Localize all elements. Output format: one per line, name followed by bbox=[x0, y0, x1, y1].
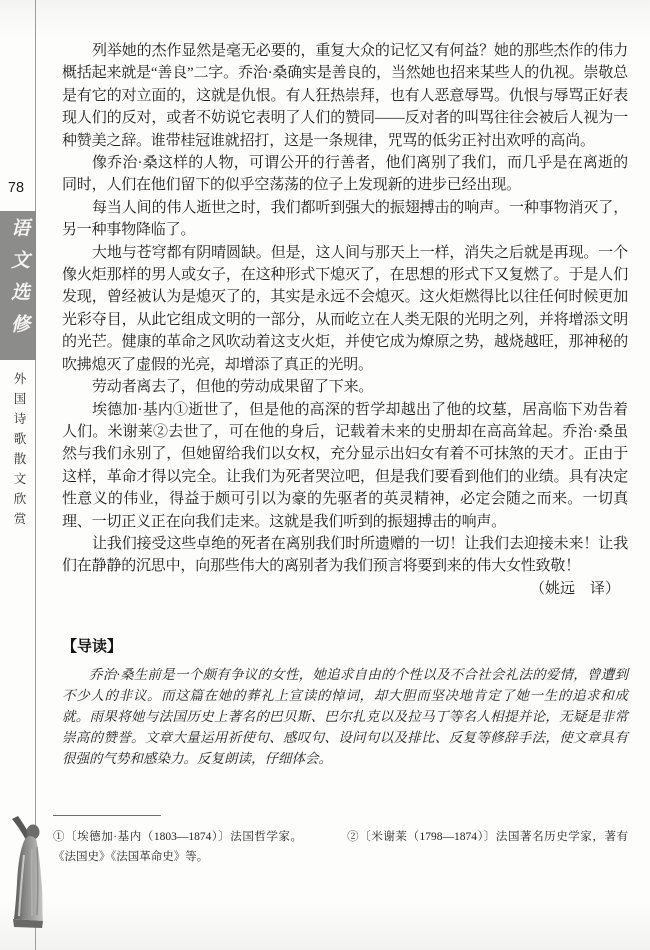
article-paragraph: 像乔治·桑这样的人物，可谓公开的行善者，他们离别了我们，而几乎是在离逝的同时，人… bbox=[62, 152, 628, 197]
page-number: 78 bbox=[0, 180, 32, 196]
article-content: 列举她的杰作显然是毫无必要的，重复大众的记忆又有何益？她的那些杰作的伟力概括起来… bbox=[62, 40, 628, 867]
guide-heading: 【导读】 bbox=[62, 636, 628, 658]
article-paragraph: 每当人间的伟人逝世之时，我们都听到强大的振翅搏击的响声。一种事物消灭了，另一种事… bbox=[62, 197, 628, 242]
statue-illustration-icon bbox=[2, 815, 60, 933]
series-title-vertical: 语文选修 bbox=[0, 218, 36, 346]
footnotes-block: ①〔埃德加·基内（1803—1874）〕法国哲学家。②〔米谢莱（1798—187… bbox=[53, 827, 628, 867]
subseries-title-vertical: 外国诗歌散文欣赏 bbox=[10, 372, 28, 532]
footnote-separator bbox=[53, 815, 161, 816]
statue-body bbox=[14, 836, 43, 921]
article-paragraph: 劳动者离去了，但他的劳动成果留了下来。 bbox=[62, 376, 628, 398]
translator-credit: （姚远 译） bbox=[62, 578, 628, 600]
margin-rule bbox=[35, 0, 36, 950]
article-paragraph: 大地与苍穹都有阴晴圆缺。但是，这人间与那天上一样，消失之后就是再现。一个像火炬那… bbox=[62, 242, 628, 376]
article-paragraph: 让我们接受这些卓绝的死者在离别我们时所遗赠的一切！让我们去迎接未来！让我们在静静… bbox=[62, 533, 628, 578]
series-banner: 语文选修 bbox=[0, 211, 36, 360]
article-paragraph: 埃德加·基内①逝世了，但是他的高深的哲学却越出了他的坟墓，居高临下劝告着人们。米… bbox=[62, 399, 628, 533]
guide-body: 乔治·桑生前是一个颇有争议的女性，她追求自由的个性以及不合社会礼法的爱情，曾遭到… bbox=[62, 664, 628, 769]
article-paragraph: 列举她的杰作显然是毫无必要的，重复大众的记忆又有何益？她的那些杰作的伟力概括起来… bbox=[62, 40, 628, 152]
footnote-1: ①〔埃德加·基内（1803—1874）〕法国哲学家。 bbox=[53, 831, 303, 843]
